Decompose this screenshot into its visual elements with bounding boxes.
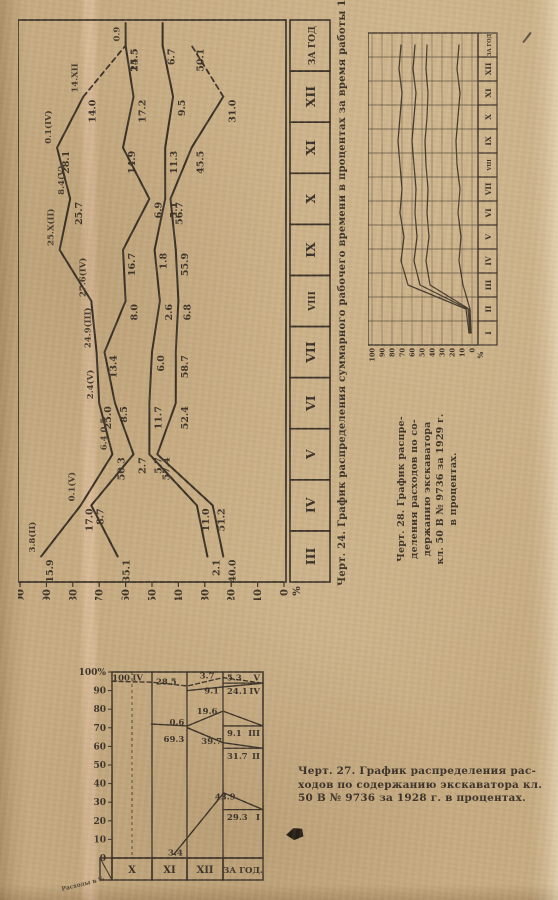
caption-line: кл. 50 В № 9736 за 1929 г. bbox=[434, 392, 447, 586]
band-value: 24.1 bbox=[227, 687, 248, 697]
month-label: II bbox=[484, 305, 493, 313]
month-label: IV bbox=[484, 256, 493, 266]
month-label: VII bbox=[303, 341, 318, 364]
y-tick-label: 60 bbox=[93, 742, 106, 752]
chart-27-figure: 100%9080706050403020100XXIXIIЗА ГОД.Расх… bbox=[60, 663, 310, 900]
y-tick-label: 80 bbox=[68, 589, 79, 600]
point-label: 6.8 bbox=[182, 304, 193, 321]
point-label: 9.1 bbox=[204, 687, 219, 697]
month-label: XII bbox=[484, 62, 493, 75]
band-value: 9.1 bbox=[227, 729, 242, 739]
point-label: 43.9 bbox=[215, 793, 236, 803]
point-label: 35.1 bbox=[122, 559, 133, 582]
month-label: I bbox=[484, 331, 493, 335]
month-label: IX bbox=[484, 136, 493, 146]
point-label: 15.9 bbox=[45, 559, 56, 583]
point-label: IV bbox=[132, 674, 143, 684]
caption-line: 50 В № 9736 за 1928 г. в процентах. bbox=[298, 792, 558, 806]
y-tick-label: 10 bbox=[253, 589, 264, 600]
y-tick-label: 50 bbox=[93, 761, 106, 771]
point-label: 25.0 bbox=[103, 406, 114, 430]
point-label: 16.7 bbox=[127, 253, 138, 276]
point-label: 8.5 bbox=[119, 406, 130, 423]
date-annotation: 0.1(V) bbox=[67, 472, 78, 501]
chart-27-plot: 100%9080706050403020100XXIXIIЗА ГОД.Расх… bbox=[60, 663, 310, 900]
y-tick-label: 80 bbox=[389, 348, 397, 358]
point-label: 52.4 bbox=[180, 406, 191, 430]
date-annotation: 0.9 bbox=[113, 27, 123, 42]
point-label: 31.0 bbox=[227, 99, 238, 123]
plot-frame bbox=[368, 33, 478, 345]
pen-mark bbox=[522, 32, 532, 43]
axis-corner-label: Расходы в % bbox=[61, 876, 105, 893]
chart-28-plot-block: 1009080706050403020100%IIIIIIIVVVIVIIVII… bbox=[368, 30, 509, 370]
month-label: V bbox=[484, 234, 493, 241]
month-label: XI bbox=[303, 140, 318, 156]
point-label: 19.6 bbox=[197, 707, 218, 717]
y-tick-label: 30 bbox=[200, 589, 211, 600]
month-label: VIII bbox=[487, 159, 493, 172]
y-tick-label: 40 bbox=[429, 348, 437, 358]
y-tick-label: 100% bbox=[79, 668, 107, 678]
chart-24-figure: 1009080706050403020100%IIIIVVVIVIIVIIIIX… bbox=[18, 8, 366, 600]
caption-line: держанию экскаватора bbox=[421, 392, 434, 586]
y-tick-label: 40 bbox=[93, 780, 106, 790]
month-label: X bbox=[484, 114, 493, 120]
point-label: 2.6 bbox=[164, 304, 175, 321]
y-tick-label: 40 bbox=[174, 589, 185, 600]
series-line-dashed bbox=[83, 46, 125, 97]
y-tick-label: 90 bbox=[42, 589, 53, 600]
chart-28-figure: 1009080706050403020100%IIIIIIIVVVIVIIVII… bbox=[368, 28, 505, 588]
series-line bbox=[398, 45, 469, 333]
caption-line: деления расходов по со- bbox=[408, 392, 421, 586]
month-label: VI bbox=[484, 208, 493, 219]
caption-line: ходов по содержанию экскаватора кл. bbox=[298, 779, 558, 793]
y-tick-label: 30 bbox=[93, 798, 106, 808]
point-label: 50.1 bbox=[196, 49, 207, 72]
y-tick-label: 70 bbox=[95, 589, 106, 600]
month-label: V bbox=[303, 449, 318, 460]
month-label: XII bbox=[303, 86, 318, 108]
month-label: ЗА ГОД bbox=[308, 26, 318, 65]
y-tick-label: 20 bbox=[449, 348, 457, 358]
chart-28-caption: Черт. 28. График распре- деления расходо… bbox=[395, 392, 460, 586]
y-tick-label: 70 bbox=[399, 348, 407, 358]
chart-28-plot: 1009080706050403020100%IIIIIIIVVVIVIIVII… bbox=[368, 30, 505, 370]
chart-24-plot: 1009080706050403020100%IIIIVVVIVIIVIIIIX… bbox=[18, 8, 334, 600]
band-roman: III bbox=[248, 729, 260, 739]
point-label: 11.3 bbox=[169, 151, 180, 174]
y-tick-label: 50 bbox=[148, 589, 159, 600]
point-label: 14.0 bbox=[87, 99, 98, 123]
band-value: 29.3 bbox=[227, 813, 248, 823]
point-label: 45.5 bbox=[196, 151, 207, 174]
month-label: III bbox=[303, 548, 318, 566]
date-annotation: 25.X(II) bbox=[46, 209, 57, 246]
month-label: IX bbox=[303, 242, 318, 258]
chart-24-caption: Черт. 24. График распределения суммарног… bbox=[337, 20, 348, 586]
y-tick-label: 90 bbox=[379, 348, 387, 358]
y-tick-label: 100 bbox=[369, 348, 377, 362]
date-annotation: 27.6(IV) bbox=[77, 258, 88, 297]
month-label: VIII bbox=[308, 291, 318, 312]
y-tick-label: 50 bbox=[419, 348, 427, 358]
point-label: 13.4 bbox=[108, 355, 119, 379]
point-label: 14.9 bbox=[127, 150, 138, 174]
point-label: 58.7 bbox=[180, 355, 191, 378]
percent-axis-label: % bbox=[292, 586, 303, 596]
date-annotation: 2.4(V) bbox=[85, 370, 96, 399]
y-tick-label: 30 bbox=[439, 348, 447, 358]
point-label: 17.2 bbox=[138, 100, 149, 123]
y-tick-label: 90 bbox=[93, 687, 106, 697]
point-label: 56.7 bbox=[174, 202, 185, 225]
date-annotation: 3.8(II) bbox=[27, 522, 38, 553]
point-label: 3.7 bbox=[200, 672, 215, 682]
caption-line: Черт. 28. График распре- bbox=[395, 392, 408, 586]
chart-27-caption: Черт. 27. График распределения рас- ходо… bbox=[298, 765, 558, 806]
date-annotation: 0.1(IV) bbox=[43, 110, 54, 143]
month-label: XI bbox=[163, 865, 176, 876]
y-tick-label: 80 bbox=[93, 705, 106, 715]
month-label: VI bbox=[303, 395, 318, 412]
series-line bbox=[456, 45, 471, 333]
y-tick-label: 10 bbox=[93, 835, 106, 845]
month-label: XI bbox=[484, 88, 493, 98]
point-label: 100 bbox=[112, 674, 130, 684]
month-label: X bbox=[128, 865, 136, 876]
point-label: 11.7 bbox=[153, 406, 164, 429]
point-label: 3.4 bbox=[168, 848, 183, 858]
date-annotation: 24.9(III) bbox=[83, 307, 94, 348]
month-label: ЗА ГОД bbox=[487, 33, 493, 56]
point-label: 8.0 bbox=[130, 304, 141, 321]
month-label: IV bbox=[303, 497, 318, 513]
point-label: 39.7 bbox=[201, 737, 222, 747]
band-roman: IV bbox=[249, 687, 260, 697]
point-label: 55.9 bbox=[180, 253, 191, 277]
point-label: 6.0 bbox=[156, 355, 167, 372]
point-label: 1.8 bbox=[159, 253, 170, 270]
point-label: 0.6 bbox=[170, 718, 185, 728]
month-label: III bbox=[484, 279, 493, 290]
y-tick-label: 100 bbox=[18, 589, 27, 600]
point-label: 28.1 bbox=[61, 151, 72, 174]
y-tick-label: 20 bbox=[93, 817, 106, 827]
y-tick-label: 60 bbox=[121, 589, 132, 600]
caption-line: в процентах. bbox=[447, 392, 460, 586]
caption-line: Черт. 27. График распределения рас- bbox=[298, 765, 558, 779]
y-tick-label: 70 bbox=[93, 724, 106, 734]
point-label: 2.1 bbox=[211, 559, 222, 576]
point-label: 69.3 bbox=[164, 735, 185, 745]
point-label: 40.0 bbox=[227, 559, 238, 583]
scanned-book-page: 1009080706050403020100%IIIIVVVIVIIVIIIIX… bbox=[0, 0, 558, 900]
y-tick-label: 10 bbox=[459, 348, 467, 358]
point-label: 2.7 bbox=[138, 457, 149, 474]
band-value: 31.7 bbox=[227, 752, 248, 762]
point-label: 57.4 bbox=[161, 457, 172, 481]
month-label: X bbox=[303, 194, 318, 204]
percent-axis-label: % bbox=[476, 351, 485, 358]
point-label: 51.2 bbox=[217, 508, 228, 531]
month-label: XII bbox=[196, 865, 213, 876]
point-label: 11.0 bbox=[201, 508, 212, 532]
plot-frame bbox=[18, 20, 286, 582]
y-tick-label: 20 bbox=[227, 589, 238, 600]
y-tick-label: 60 bbox=[409, 348, 417, 358]
point-label: 8.7 bbox=[95, 508, 106, 525]
date-annotation: 14.XII bbox=[70, 63, 80, 92]
point-label: 9.5 bbox=[177, 100, 188, 117]
point-label: 6.7 bbox=[167, 49, 178, 66]
point-label: 25.7 bbox=[74, 202, 85, 225]
y-tick-label: 0 bbox=[280, 589, 291, 596]
band-roman: II bbox=[252, 752, 260, 762]
month-label: VII bbox=[484, 182, 493, 196]
month-label: ЗА ГОД. bbox=[223, 866, 263, 876]
band-roman: I bbox=[256, 813, 260, 823]
point-label: 28.5 bbox=[156, 677, 177, 687]
series-line bbox=[157, 97, 223, 557]
point-label: 15.5 bbox=[130, 49, 141, 72]
